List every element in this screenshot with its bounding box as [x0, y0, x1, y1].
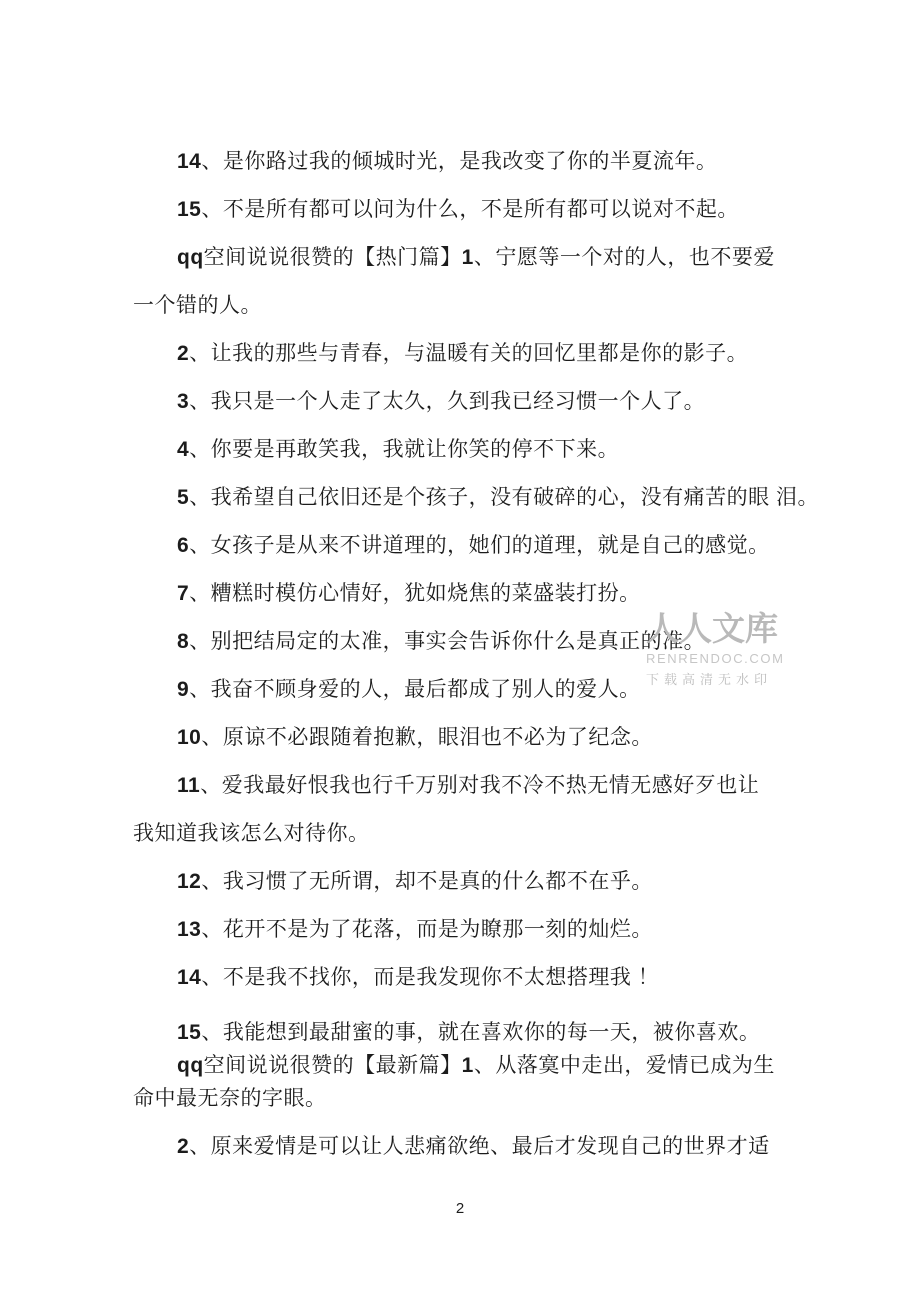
line-number: 1 — [462, 246, 474, 269]
line-number: 14 — [177, 150, 201, 173]
line-text: 我知道我该怎么对待你。 — [133, 822, 370, 845]
line-number: 5 — [177, 486, 189, 509]
line-text: 、我希望自己依旧还是个孩子，没有破碎的心，没有痛苦的眼 泪。 — [189, 486, 819, 509]
text-line: 8、别把结局定的太准，事实会告诉你什么是真正的准。 — [133, 618, 800, 666]
line-number: 6 — [177, 534, 189, 557]
text-line: 12、我习惯了无所谓，却不是真的什么都不在乎。 — [133, 858, 800, 906]
text-line: 11、爱我最好恨我也行千万别对我不冷不热无情无感好歹也让 — [133, 762, 800, 810]
line-number: 12 — [177, 870, 201, 893]
text-line: 13、花开不是为了花落，而是为瞭那一刻的灿烂。 — [133, 906, 800, 954]
line-text: 、从落寞中走出，爱情已成为生 — [474, 1054, 775, 1077]
text-line: 5、我希望自己依旧还是个孩子，没有破碎的心，没有痛苦的眼 泪。 — [133, 474, 800, 522]
line-text: 、不是我不找你，而是我发现你不太想搭理我 ！ — [201, 966, 659, 989]
line-text: 、我能想到最甜蜜的事，就在喜欢你的每一天，被你喜欢。 — [201, 1021, 760, 1044]
line-text: 、是你路过我的倾城时光，是我改变了你的半夏流年。 — [201, 150, 717, 173]
line-text: 、我奋不顾身爱的人，最后都成了别人的爱人。 — [189, 678, 641, 701]
document-body: 14、是你路过我的倾城时光，是我改变了你的半夏流年。15、不是所有都可以问为什么… — [0, 0, 920, 1171]
line-number: 3 — [177, 390, 189, 413]
line-text: 空间说说很赞的【热门篇】 — [204, 246, 462, 269]
text-line: 2、让我的那些与青春，与温暖有关的回忆里都是你的影子。 — [133, 330, 800, 378]
line-text: 、我习惯了无所谓，却不是真的什么都不在乎。 — [201, 870, 653, 893]
line-number: 14 — [177, 966, 201, 989]
line-text: 、花开不是为了花落，而是为瞭那一刻的灿烂。 — [201, 918, 653, 941]
text-line: 7、糟糕时模仿心情好，犹如烧焦的菜盛装打扮。 — [133, 570, 800, 618]
line-number: 9 — [177, 678, 189, 701]
line-text: 、宁愿等一个对的人，也不要爱 — [474, 246, 775, 269]
line-number: 10 — [177, 726, 201, 749]
line-number: 15 — [177, 198, 201, 221]
line-text: 一个错的人。 — [133, 294, 262, 317]
line-number: qq — [177, 1054, 204, 1077]
text-line: 14、不是我不找你，而是我发现你不太想搭理我 ！ — [133, 954, 800, 1002]
line-text: 、原谅不必跟随着抱歉，眼泪也不必为了纪念。 — [201, 726, 653, 749]
line-text: 、糟糕时模仿心情好，犹如烧焦的菜盛装打扮。 — [189, 582, 641, 605]
line-number: 2 — [177, 1135, 189, 1158]
text-line: 我知道我该怎么对待你。 — [133, 810, 800, 858]
text-line: qq空间说说很赞的【热门篇】1、宁愿等一个对的人，也不要爱 — [133, 234, 800, 282]
line-text: 、别把结局定的太准，事实会告诉你什么是真正的准。 — [189, 630, 705, 653]
line-text: 、让我的那些与青春，与温暖有关的回忆里都是你的影子。 — [189, 342, 748, 365]
line-number: 11 — [177, 774, 200, 797]
line-number: 15 — [177, 1021, 201, 1044]
text-line: 14、是你路过我的倾城时光，是我改变了你的半夏流年。 — [133, 138, 800, 186]
line-number: 2 — [177, 342, 189, 365]
line-number: 8 — [177, 630, 189, 653]
text-line: qq空间说说很赞的【最新篇】1、从落寞中走出，爱情已成为生 — [133, 1049, 800, 1082]
text-line: 15、不是所有都可以问为什么，不是所有都可以说对不起。 — [133, 186, 800, 234]
text-line: 15、我能想到最甜蜜的事，就在喜欢你的每一天，被你喜欢。 — [133, 1016, 800, 1049]
text-line: 6、女孩子是从来不讲道理的，她们的道理，就是自己的感觉。 — [133, 522, 800, 570]
line-text: 、你要是再敢笑我，我就让你笑的停不下来。 — [189, 438, 619, 461]
line-text: 、女孩子是从来不讲道理的，她们的道理，就是自己的感觉。 — [189, 534, 770, 557]
line-text: 、不是所有都可以问为什么，不是所有都可以说对不起。 — [201, 198, 739, 221]
text-line: 10、原谅不必跟随着抱歉，眼泪也不必为了纪念。 — [133, 714, 800, 762]
text-line: 命中最无奈的字眼。 — [133, 1082, 800, 1115]
line-text: 、爱我最好恨我也行千万别对我不冷不热无情无感好歹也让 — [200, 774, 759, 797]
line-number: 7 — [177, 582, 189, 605]
line-text: 空间说说很赞的【最新篇】 — [204, 1054, 462, 1077]
line-text: 、我只是一个人走了太久，久到我已经习惯一个人了。 — [189, 390, 705, 413]
line-text: 命中最无奈的字眼。 — [133, 1087, 327, 1110]
text-line: 3、我只是一个人走了太久，久到我已经习惯一个人了。 — [133, 378, 800, 426]
page-number: 2 — [0, 1200, 920, 1217]
line-number: 1 — [462, 1054, 474, 1077]
line-number: 4 — [177, 438, 189, 461]
document-page: 14、是你路过我的倾城时光，是我改变了你的半夏流年。15、不是所有都可以问为什么… — [0, 0, 920, 1303]
line-number: qq — [177, 246, 204, 269]
line-number: 13 — [177, 918, 201, 941]
text-line: 一个错的人。 — [133, 282, 800, 330]
text-line: 2、原来爱情是可以让人悲痛欲绝、最后才发现自己的世界才适 — [133, 1123, 800, 1171]
text-line: 9、我奋不顾身爱的人，最后都成了别人的爱人。 — [133, 666, 800, 714]
line-text: 、原来爱情是可以让人悲痛欲绝、最后才发现自己的世界才适 — [189, 1135, 770, 1158]
text-line: 4、你要是再敢笑我，我就让你笑的停不下来。 — [133, 426, 800, 474]
